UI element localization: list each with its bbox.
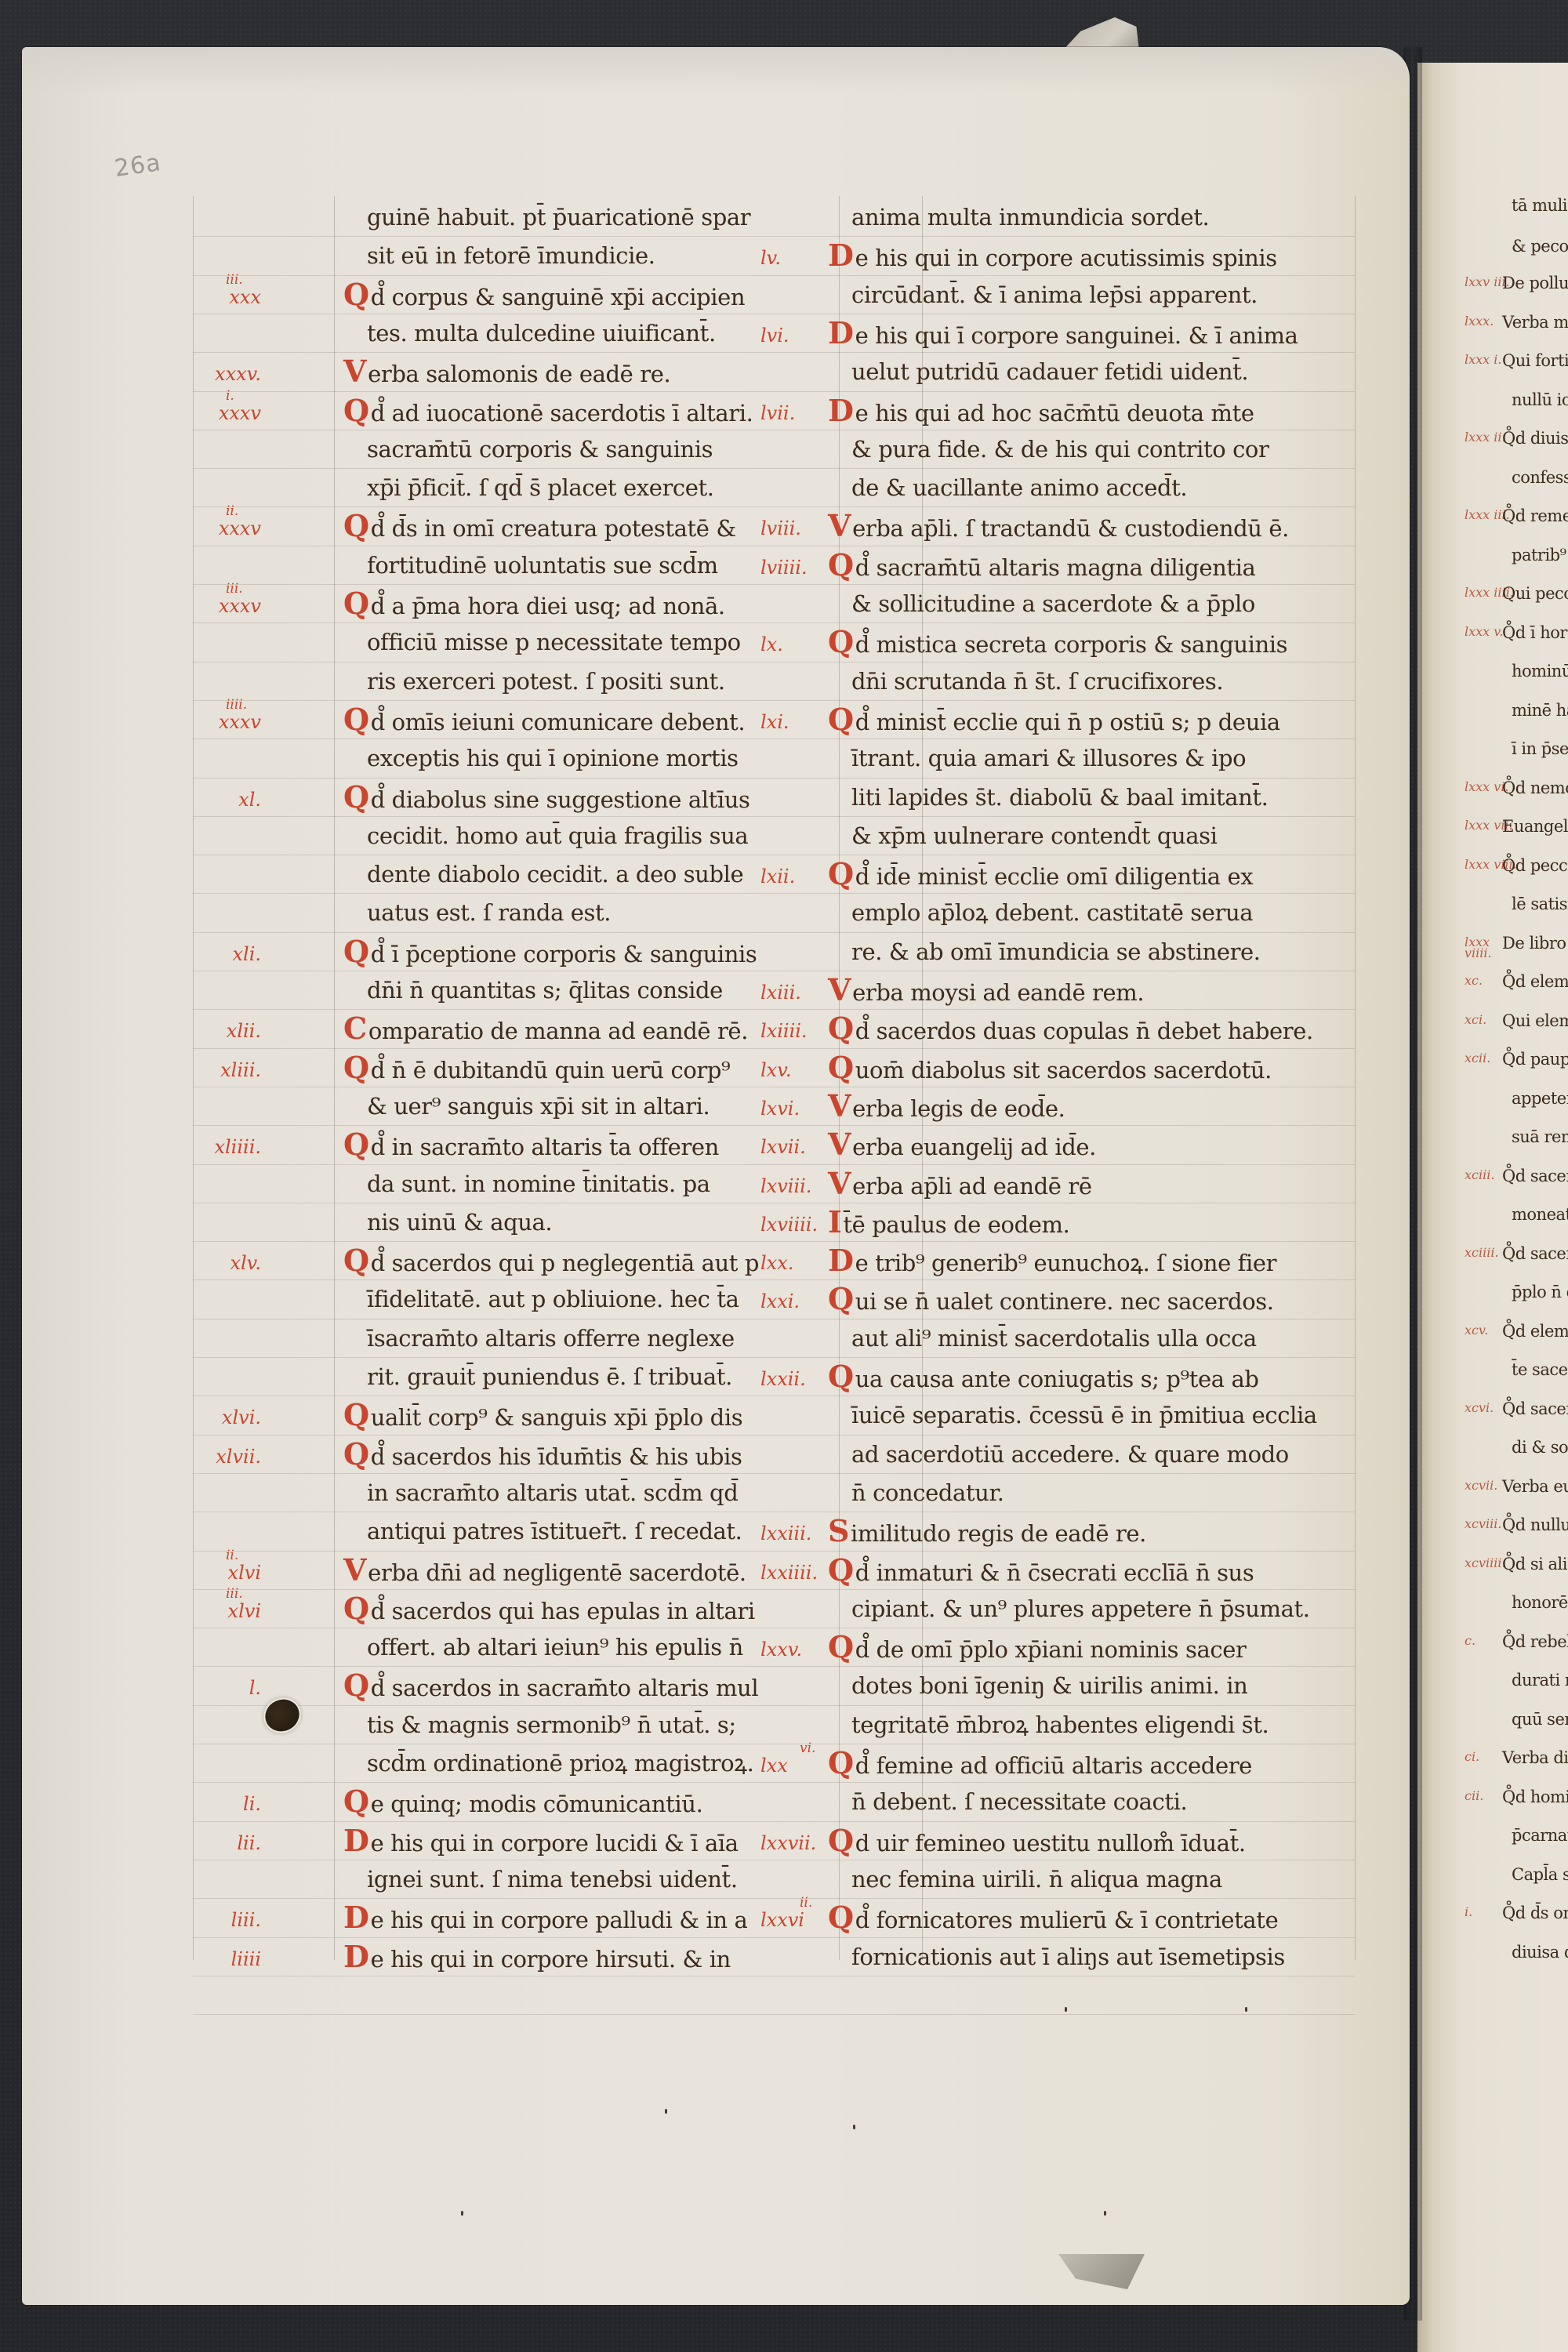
text-line: uatus est. ſ randa est. <box>367 899 611 926</box>
recto-text-line: Q̊d nemo p <box>1502 779 1568 797</box>
rubricated-initial: D <box>343 1939 369 1974</box>
line-text: nec femina uirili. n̄ aliqua magna <box>851 1866 1222 1893</box>
line-text: tes. multa dulcedine uiuificant̄. <box>367 320 716 347</box>
text-line: Qd̊ in sacram̄to altaris t̄a offeren <box>343 1131 719 1160</box>
text-line: Qd̊ sacerdos in sacram̄to altaris mul <box>343 1672 758 1701</box>
recto-text-line: Verba euang <box>1502 1477 1568 1496</box>
rubricated-initial: Q <box>828 1281 854 1316</box>
text-line: ad sacerdotiū accedere. & quare modo <box>851 1441 1289 1468</box>
chapter-numeral: lxxvi <box>760 1909 804 1931</box>
line-text: n̄ debent. ſ necessitate coacti. <box>851 1788 1187 1815</box>
line-text: tegritatē m̄broꝝ habentes eligendi s̄t. <box>851 1711 1269 1738</box>
chapter-numeral-superscript: iii. <box>226 1586 243 1602</box>
rubricated-initial: Q <box>828 624 854 659</box>
line-text: officiū misse p necessitate tempo <box>367 629 741 655</box>
recto-text-line: Q̊d diuisis u <box>1502 429 1568 448</box>
rubricated-initial: V <box>828 1127 851 1162</box>
line-text: de & uacillante animo acced̄t. <box>851 474 1187 501</box>
line-text: & pura fide. & de his qui contrito cor <box>851 436 1269 463</box>
line-text: cipiant. & un⁹ plures appetere n̄ p̄suma… <box>851 1595 1310 1622</box>
chapter-numeral: xl. <box>163 789 261 811</box>
horizontal-rule <box>193 1048 1355 1049</box>
horizontal-rule <box>193 1705 1355 1706</box>
chapter-numeral: lxx. <box>760 1252 793 1274</box>
recto-text-line: p̄carnation <box>1512 1826 1568 1845</box>
line-text: imilitudo regis de eadē re. <box>851 1520 1146 1547</box>
horizontal-rule <box>193 1203 1355 1203</box>
rubricated-initial: C <box>343 1011 367 1046</box>
text-line: Comparatio de manna ad eandē rē. <box>343 1015 748 1044</box>
text-line: & sollicitudine a sacerdote & a p̄plo <box>851 590 1255 617</box>
line-text: exceptis his qui ī opinione mortis <box>367 745 739 771</box>
text-line: Qe quinq; modis cōmunicantiū. <box>343 1788 702 1817</box>
chapter-numeral: lvii. <box>760 402 795 424</box>
recto-text-line: Q̊d ī hora m <box>1502 623 1568 642</box>
text-line: antiqui patres īstituer̄t. ſ recedat. <box>367 1518 742 1544</box>
line-text: e trib⁹ generib⁹ eunuchoꝝ. ſ sione fier <box>855 1250 1277 1276</box>
text-line: Qd̊ ad iuocationē sacerdotis ī altari. <box>343 397 753 426</box>
text-line: Qd̊ mistica secreta corporis & sanguinis <box>828 629 1287 658</box>
horizontal-rule <box>193 546 1355 546</box>
chapter-numeral-superscript: iiii. <box>226 697 247 713</box>
rubricated-initial: S <box>828 1513 849 1548</box>
line-text: cecidit. homo aut̄ quia fragilis sua <box>367 822 748 849</box>
line-text: d̊ sacerdos qui has epulas in altari <box>371 1598 755 1624</box>
text-line: Verba salomonis de eadē re. <box>343 358 670 387</box>
line-text: uelut putridū cadauer fetidi uident̄. <box>851 358 1248 385</box>
line-text: uatus est. ſ randa est. <box>367 899 611 926</box>
horizontal-rule <box>193 1782 1355 1783</box>
line-text: dn̄i scrutanda n̄ s̄t. ſ crucifixores. <box>851 668 1223 695</box>
recto-text-line: Q̊d elemt̄a <box>1502 972 1568 991</box>
recto-text-line: Verba diaboli <box>1502 1748 1568 1767</box>
line-text: erba ap̄li ad eandē rē <box>852 1173 1092 1200</box>
rubricated-initial: Q <box>343 702 369 737</box>
rubricated-initial: Q <box>343 779 369 815</box>
line-text: ui se n̄ ualet continere. nec sacerdos. <box>855 1288 1274 1315</box>
chapter-numeral: xlvi. <box>163 1406 261 1428</box>
text-line: dn̄i scrutanda n̄ s̄t. ſ crucifixores. <box>851 668 1223 695</box>
chapter-numeral: liii. <box>163 1909 261 1931</box>
horizontal-rule <box>193 971 1355 971</box>
line-text: offert. ab altari ieiun⁹ his epulis n̄ <box>367 1634 743 1661</box>
line-text: īfidelitatē. aut p obliuione. hec t̄a <box>367 1286 739 1312</box>
text-line: Qd̊ sacerdos his īdum̄tis & his ubis <box>343 1441 742 1470</box>
recto-text-line: Q̊d peccat <box>1502 856 1568 875</box>
text-line: īuicē separatis. c̄cessū ē in p̄mitiua e… <box>851 1402 1317 1428</box>
line-text: d̊ sacerdos in sacram̄to altaris mul <box>371 1675 759 1701</box>
text-line: De his qui in corpore acutissimis spinis <box>828 242 1277 271</box>
text-line: Qua causa ante coniugatis s; p⁹tea ab <box>828 1363 1259 1392</box>
recto-text-line: confession <box>1512 468 1568 487</box>
rubricated-initial: I <box>828 1204 841 1240</box>
chapter-numeral: xxxv. <box>163 363 261 385</box>
horizontal-rule <box>193 739 1355 739</box>
text-line: Qui se n̄ ualet continere. nec sacerdos. <box>828 1286 1274 1315</box>
horizontal-rule <box>193 1319 1355 1319</box>
rubricated-initial: V <box>343 1552 366 1588</box>
folio-number: 26a <box>113 149 163 183</box>
recto-text-line: De libro sa <box>1502 934 1568 953</box>
chapter-numeral: lx. <box>760 633 783 655</box>
text-line: dotes boni īgeniŋ & uirilis animi. in <box>851 1672 1247 1699</box>
recto-text-line: durati nulla <box>1512 1671 1568 1690</box>
line-text: īuicē separatis. c̄cessū ē in p̄mitiua e… <box>851 1402 1317 1428</box>
chapter-numeral: lxii. <box>760 866 795 887</box>
chapter-numeral: lxxiiii. <box>760 1562 818 1584</box>
chapter-numeral: xlii. <box>163 1020 261 1042</box>
line-text: d uir femineo uestitu nullom̊ īduat̄. <box>855 1830 1246 1857</box>
line-text: xp̄i p̄ficit̄. ſ qd̄ s̄ placet exercet. <box>367 474 714 501</box>
horizontal-rule <box>193 1164 1355 1165</box>
chapter-numeral: xliii. <box>163 1059 261 1081</box>
line-text: d̊ fornicatores mulierū & ī contrietate <box>855 1907 1279 1933</box>
chapter-numeral: lxviiii. <box>760 1214 818 1236</box>
recto-text-line: appetentes <box>1512 1089 1568 1108</box>
recto-text-line: Q̊d sacerdot <box>1502 1167 1568 1185</box>
text-line: tegritatē m̄broꝝ habentes eligendi s̄t. <box>851 1711 1269 1738</box>
chapter-numeral: lxx <box>760 1755 788 1777</box>
chapter-numeral: lxiii. <box>760 982 801 1004</box>
line-text: emplo ap̄loꝝ debent. castitatē serua <box>851 899 1253 926</box>
chapter-numeral-superscript: iii. <box>226 581 243 597</box>
horizontal-rule <box>193 1666 1355 1667</box>
vertical-rule <box>334 196 335 1960</box>
recto-text-line: p̄plo n̄ oste <box>1512 1283 1568 1301</box>
rubricated-initial: Q <box>343 1127 369 1162</box>
line-text: nis uinū & aqua. <box>367 1209 552 1236</box>
chapter-numeral: xxxv <box>163 402 261 424</box>
text-line: sit eū in fetorē īmundicie. <box>367 242 655 269</box>
chapter-numeral: xlvii. <box>163 1446 261 1468</box>
text-line: Similitudo regis de eadē re. <box>828 1518 1146 1547</box>
recto-text-line: Qui fortit̄ u <box>1502 351 1568 370</box>
rubricated-initial: D <box>828 393 854 428</box>
rubricated-initial: D <box>343 1823 369 1858</box>
chapter-numeral-superscript: ii. <box>800 1895 812 1911</box>
line-text: d̊ sacram̄tū altaris magna diligentia <box>855 554 1256 581</box>
chapter-numeral: lviii. <box>760 517 801 539</box>
text-line: Qd̊ diabolus sine suggestione altīus <box>343 784 750 813</box>
text-line: Qd̊ a p̄ma hora diei usq; ad nonā. <box>343 590 725 619</box>
horizontal-rule <box>193 1860 1355 1860</box>
chapter-numeral-superscript: ii. <box>226 1548 238 1563</box>
text-line: ris exerceri potest. ſ positi sunt. <box>367 668 725 695</box>
text-line: exceptis his qui ī opinione mortis <box>367 745 739 771</box>
text-line: aut ali⁹ minist̄ sacerdotalis ulla occa <box>851 1325 1257 1352</box>
recto-text-line: ī in p̄sent <box>1512 739 1568 758</box>
line-text: e his qui in corpore hirsuti. & in <box>371 1946 731 1973</box>
text-line: circūdant̄. & ī anima lep̄si apparent. <box>851 281 1258 308</box>
line-text: e his qui in corpore lucidi & ī aīa <box>371 1830 739 1857</box>
rubricated-initial: Q <box>828 1011 854 1046</box>
line-text: d̊ a p̄ma hora diei usq; ad nonā. <box>371 593 725 619</box>
rubricated-initial: V <box>828 1088 851 1123</box>
line-text: d̊ ad iuocationē sacerdotis ī altari. <box>371 400 753 426</box>
ink-speck <box>461 2211 463 2216</box>
text-line: Qd̊ femine ad officiū altaris accedere <box>828 1750 1252 1779</box>
text-line: dn̄i n̄ quantitas s; q̄litas conside <box>367 977 723 1004</box>
rubricated-initial: Q <box>343 508 369 543</box>
line-text: & uer⁹ sanguis xp̄i sit in altari. <box>367 1093 710 1120</box>
recto-text-line: quū serpent <box>1512 1710 1568 1729</box>
rubricated-initial: D <box>828 315 854 350</box>
recto-text-line: suā remun <box>1512 1127 1568 1146</box>
text-line: Qd̊ id̄e minist̄ ecclie omī diligentia e… <box>828 861 1253 890</box>
line-text: d̊ in sacram̄to altaris t̄a offeren <box>371 1134 719 1160</box>
rubricated-initial: Q <box>828 1050 854 1085</box>
line-text: dente diabolo cecidit. a deo suble <box>367 861 743 887</box>
line-text: d̊ femine ad officiū altaris accedere <box>855 1752 1252 1779</box>
text-line: n̄ concedatur. <box>851 1479 1004 1506</box>
horizontal-rule <box>193 391 1355 392</box>
recto-text-line: Q̊d paupes <box>1502 1050 1568 1069</box>
text-line: nis uinū & aqua. <box>367 1209 552 1236</box>
horizontal-rule <box>193 352 1355 353</box>
chapter-numeral-superscript: ii. <box>226 503 238 519</box>
line-text: d̊ id̄e minist̄ ecclie omī diligentia ex <box>855 863 1253 890</box>
line-text: sacram̄tū corporis & sanguinis <box>367 436 713 463</box>
recto-text-line: tā mulierū <box>1512 196 1568 215</box>
text-line: anima multa inmundicia sordet. <box>851 204 1209 230</box>
recto-text-line: moneat p <box>1512 1205 1568 1224</box>
line-text: īsacram̄to altaris offerre neglexe <box>367 1325 735 1352</box>
text-line: uelut putridū cadauer fetidi uident̄. <box>851 358 1248 385</box>
chapter-numeral: li. <box>163 1793 261 1815</box>
line-text: erba euangelij ad id̄e. <box>852 1134 1096 1160</box>
recto-text-line: t̄e sacerdot <box>1512 1360 1568 1379</box>
horizontal-rule <box>193 1473 1355 1474</box>
text-line: Qd̊ minist̄ ecclie qui n̄ p ostiū s; p d… <box>828 706 1280 735</box>
line-text: erba dn̄i ad negligentē sacerdotē. <box>368 1559 746 1586</box>
horizontal-rule <box>193 1125 1355 1126</box>
rubricated-initial: V <box>343 354 366 389</box>
text-line: & uer⁹ sanguis xp̄i sit in altari. <box>367 1093 710 1120</box>
horizontal-rule <box>193 1357 1355 1358</box>
line-text: circūdant̄. & ī anima lep̄si apparent. <box>851 281 1258 308</box>
text-line: De his qui ad hoc sac̄m̄tū deuota m̄te <box>828 397 1254 426</box>
rubricated-initial: Q <box>828 1629 854 1664</box>
ink-speck <box>1245 2007 1247 2012</box>
recto-text-line: Q̊d nullus ab <box>1502 1515 1568 1534</box>
vertical-rule <box>1355 196 1356 1960</box>
recto-text-line: Q̊d remediū <box>1502 506 1568 525</box>
line-text: & sollicitudine a sacerdote & a p̄plo <box>851 590 1255 617</box>
text-line: De his qui in corpore palludi & in a <box>343 1904 747 1933</box>
text-line: Verba ap̄li ad eandē rē <box>828 1171 1092 1200</box>
text-line: Qd̊ fornicatores mulierū & ī contrietate <box>828 1904 1278 1933</box>
text-line: It̄ē paulus de eodem. <box>828 1209 1069 1238</box>
text-line: Verba moysi ad eandē rem. <box>828 977 1144 1006</box>
recto-text-line: Verba moysi <box>1502 313 1568 332</box>
recto-text-line: Capl̄a septima <box>1512 1865 1568 1884</box>
rubricated-initial: V <box>828 508 851 543</box>
horizontal-rule <box>193 855 1355 855</box>
line-text: guinē habuit. pt̄ p̄uaricationē spar <box>367 204 750 230</box>
rubricated-initial: Q <box>343 1784 369 1819</box>
text-line: rit. grauit̄ puniendus ē. ſ tribuat̄. <box>367 1363 732 1390</box>
line-text: uom̄ diabolus sit sacerdos sacerdotū. <box>855 1057 1272 1083</box>
line-text: e his qui ad hoc sac̄m̄tū deuota m̄te <box>855 400 1254 426</box>
text-line: Qd̊ sacram̄tū altaris magna diligentia <box>828 552 1255 581</box>
chapter-numeral: lxi. <box>760 711 789 733</box>
rubricated-initial: Q <box>343 393 369 428</box>
text-line: nec femina uirili. n̄ aliqua magna <box>851 1866 1222 1893</box>
text-line: cipiant. & un⁹ plures appetere n̄ p̄suma… <box>851 1595 1310 1622</box>
chapter-numeral: xliiii. <box>163 1136 261 1158</box>
rubricated-initial: Q <box>343 1436 369 1472</box>
text-line: dente diabolo cecidit. a deo suble <box>367 861 743 887</box>
chapter-numeral: lxxiii. <box>760 1523 811 1544</box>
text-line: n̄ debent. ſ necessitate coacti. <box>851 1788 1187 1815</box>
horizontal-rule <box>193 893 1355 894</box>
recto-text-line: honorē dī so <box>1512 1593 1568 1612</box>
rubricated-initial: Q <box>828 1900 854 1935</box>
recto-text-line: & pecoꝝ for <box>1512 235 1568 257</box>
line-text: ualit̄ corp⁹ & sanguis xp̄i p̄plo dis <box>371 1404 742 1431</box>
horizontal-rule <box>193 468 1355 469</box>
line-text: fortitudinē uoluntatis sue scd̄m <box>367 552 718 579</box>
chapter-numeral: xlvi <box>163 1600 261 1622</box>
line-text: d̊ diabolus sine suggestione altīus <box>371 786 750 813</box>
horizontal-rule <box>193 700 1355 701</box>
recto-text-line: Q̊d si aliquis ī <box>1502 1555 1568 1573</box>
rubricated-initial: D <box>343 1900 369 1935</box>
chapter-numeral: lv. <box>760 247 781 269</box>
chapter-numeral-superscript: vi. <box>800 1740 815 1756</box>
recto-text-line: Q̊d rebelles ad <box>1502 1632 1568 1651</box>
line-text: erba salomonis de eadē re. <box>368 361 670 387</box>
text-line: Qd̊ sacerdos duas copulas n̄ debet haber… <box>828 1015 1313 1044</box>
text-line: re. & ab omī īmundicia se abstinere. <box>851 938 1261 965</box>
horizontal-rule <box>193 1628 1355 1628</box>
text-line: liti lapides s̄t. diabolū & baal imitant… <box>851 784 1268 811</box>
verso-page: 26a guinē habuit. pt̄ p̄uaricationē spar… <box>22 47 1410 2305</box>
recto-text-line: diuisa dona s <box>1512 1943 1568 1962</box>
chapter-numeral: l. <box>163 1677 261 1699</box>
text-line: Qd̊ sacerdos qui p neglegentiā aut p <box>343 1247 759 1276</box>
text-line: da sunt. in nomine t̄initatis. pa <box>367 1171 710 1197</box>
recto-text-line: Q̊d homines d <box>1502 1788 1568 1806</box>
horizontal-rule <box>193 932 1355 933</box>
horizontal-rule <box>193 1512 1355 1512</box>
recto-text-line: nullū icen <box>1512 390 1568 409</box>
horizontal-rule <box>193 1396 1355 1396</box>
line-text: d̊ ī p̄ceptione corporis & sanguinis <box>371 941 757 967</box>
text-line: guinē habuit. pt̄ p̄uaricationē spar <box>367 204 750 230</box>
horizontal-rule <box>193 1937 1355 1938</box>
horizontal-rule <box>193 275 1355 276</box>
horizontal-rule <box>193 662 1355 662</box>
chapter-numeral: lxxii. <box>760 1368 806 1390</box>
recto-text-line: di & soluend <box>1512 1438 1568 1457</box>
rubricated-initial: Q <box>343 1243 369 1278</box>
horizontal-rule <box>193 1821 1355 1822</box>
text-line: fortitudinē uoluntatis sue scd̄m <box>367 552 718 579</box>
recto-text-line: Q̊d sacerdotes <box>1502 1399 1568 1418</box>
rubricated-initial: Q <box>828 1823 854 1858</box>
ink-speck <box>853 2125 855 2129</box>
recto-text-line: patrib⁹ du <box>1512 546 1568 564</box>
horizontal-rule <box>193 1009 1355 1010</box>
recto-text-line: De pollution <box>1502 274 1568 292</box>
rubricated-initial: Q <box>828 547 854 583</box>
chapter-numeral: xxxv <box>163 711 261 733</box>
text-line: offert. ab altari ieiun⁹ his epulis n̄ <box>367 1634 743 1661</box>
line-text: dn̄i n̄ quantitas s; q̄litas conside <box>367 977 723 1004</box>
chapter-numeral: lxxv. <box>760 1639 802 1661</box>
recto-text-line: Q̊d d̄s omīa ui <box>1502 1904 1568 1922</box>
text-line: emplo ap̄loꝝ debent. castitatē serua <box>851 899 1253 926</box>
rubricated-initial: Q <box>343 1397 369 1432</box>
rubricated-initial: Q <box>828 1359 854 1394</box>
recto-text-line: Q̊d elemt̄a c <box>1502 1322 1568 1341</box>
rubricated-initial: Q <box>343 1050 369 1085</box>
parchment-hole <box>260 1694 305 1737</box>
recto-text-line: minē hab <box>1512 701 1568 720</box>
line-text: e his qui in corpore palludi & in a <box>371 1907 748 1933</box>
text-line: xp̄i p̄ficit̄. ſ qd̄ s̄ placet exercet. <box>367 474 714 501</box>
line-text: d̊ minist̄ ecclie qui n̄ p ostiū s; p de… <box>855 709 1280 735</box>
ink-speck <box>665 2109 667 2114</box>
horizontal-rule <box>193 506 1355 507</box>
line-text: omparatio de manna ad eandē rē. <box>368 1018 748 1044</box>
line-text: anima multa inmundicia sordet. <box>851 204 1209 230</box>
chapter-numeral: lxvii. <box>760 1136 806 1158</box>
chapter-numeral: lxviii. <box>760 1175 811 1197</box>
line-text: e his qui in corpore acutissimis spinis <box>855 245 1277 271</box>
line-text: d̊ d̄s in omī creatura potestatē & <box>371 515 736 542</box>
horizontal-rule <box>193 778 1355 779</box>
horizontal-rule <box>193 1279 1355 1280</box>
line-text: erba ap̄li. ſ tractandū & custodiendū ē. <box>852 515 1289 542</box>
chapter-numeral: lxxvii. <box>760 1832 816 1854</box>
rubricated-initial: Q <box>828 1552 854 1588</box>
text-line: Verba euangelij ad id̄e. <box>828 1131 1096 1160</box>
line-text: d̊ sacerdos his īdum̄tis & his ubis <box>371 1443 742 1470</box>
line-text: d̊ corpus & sanguinē xp̄i accipien <box>371 284 745 310</box>
text-line: De his qui in corpore lucidi & ī aīa <box>343 1828 739 1857</box>
rubricated-initial: D <box>828 1243 854 1278</box>
text-line: ignei sunt. ſ nima tenebsi uident̄. <box>367 1866 738 1893</box>
horizontal-rule <box>193 622 1355 623</box>
text-line: sacram̄tū corporis & sanguinis <box>367 436 713 463</box>
rubricated-initial: Q <box>828 856 854 891</box>
recto-text-line: lē satisfa <box>1512 895 1568 913</box>
horizontal-rule <box>193 1435 1355 1436</box>
chapter-numeral: lvi. <box>760 325 789 347</box>
ink-speck <box>1104 2211 1106 2216</box>
text-line: īsacram̄to altaris offerre neglexe <box>367 1325 735 1352</box>
horizontal-rule <box>193 816 1355 817</box>
horizontal-rule <box>193 314 1355 314</box>
text-line: Quom̄ diabolus sit sacerdos sacerdotū. <box>828 1054 1272 1083</box>
text-line: Verba legis de eod̄e. <box>828 1093 1065 1122</box>
text-line: De his qui ī corpore sanguinei. & ī anim… <box>828 320 1298 349</box>
text-line: Qd̊ sacerdos qui has epulas in altari <box>343 1595 755 1624</box>
text-line: Qd̊ ī p̄ceptione corporis & sanguinis <box>343 938 757 967</box>
chapter-numeral: xxxv <box>163 517 261 539</box>
line-text: dotes boni īgeniŋ & uirilis animi. in <box>851 1672 1247 1699</box>
text-line: De his qui in corpore hirsuti. & in <box>343 1944 731 1973</box>
text-line: Qd̊ d̄s in omī creatura potestatē & <box>343 513 736 542</box>
text-line: Qd̊ inmaturi & n̄ c̄secrati ecclīā n̄ su… <box>828 1557 1254 1586</box>
line-text: aut ali⁹ minist̄ sacerdotalis ulla occa <box>851 1325 1257 1352</box>
horizontal-rule <box>193 584 1355 585</box>
recto-text-line: Qui elemo <box>1502 1011 1568 1030</box>
chapter-numeral: xlv. <box>163 1252 261 1274</box>
text-line: De trib⁹ generib⁹ eunuchoꝝ. ſ sione fier <box>828 1247 1276 1276</box>
